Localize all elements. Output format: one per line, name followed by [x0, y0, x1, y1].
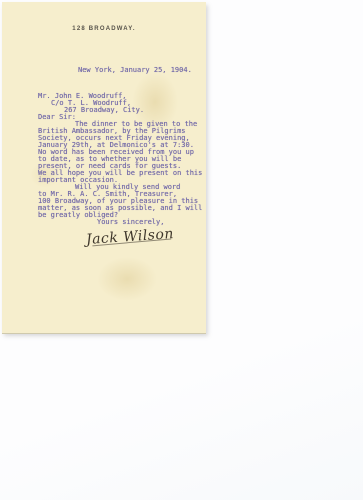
letter-body: Mr. John E. Woodruff, C/o T. L. Woodruff… — [38, 93, 202, 226]
letterhead-address: 128 BROADWAY. — [2, 26, 206, 32]
scanned-letter-page: 128 BROADWAY. New York, January 25, 1904… — [0, 0, 363, 500]
handwritten-signature: Jack Wilson — [86, 226, 175, 249]
letter-paper: 128 BROADWAY. New York, January 25, 1904… — [2, 2, 206, 333]
closing: Yours sincerely, — [38, 219, 202, 226]
paper-stain — [97, 257, 157, 301]
dateline: New York, January 25, 1904. — [78, 66, 192, 74]
